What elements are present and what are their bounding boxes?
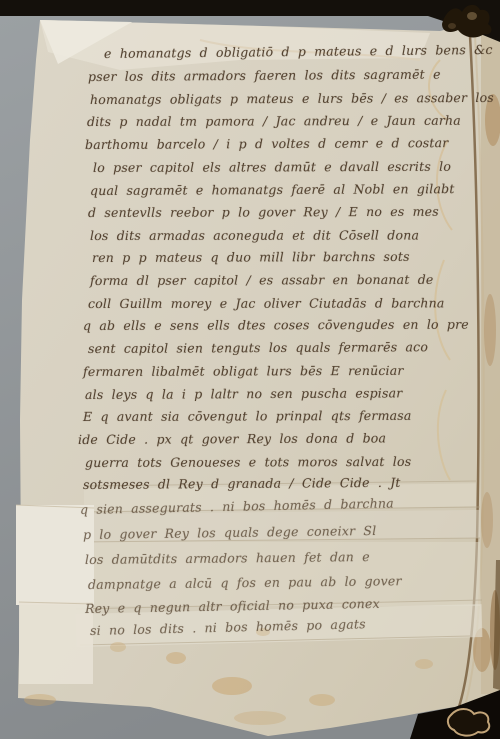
manuscript-line-14: sent capitol sien tenguts los quals ferm… (88, 339, 428, 356)
manuscript-line-10: ren p p mateus q duo mill libr barchns s… (92, 249, 410, 265)
manuscript-line-5: barthomu barcelo / i p d voltes d cemr e… (85, 135, 449, 152)
manuscript-line-16: als leys q la i p laltr no sen puscha es… (85, 385, 403, 402)
manuscript-text: e homanatgs d obligatiō d p mateus e d l… (0, 0, 500, 739)
manuscript-line-17: E q avant sia cōvengut lo prinpal qts fe… (83, 408, 412, 424)
manuscript-line-19: guerra tots Genoueses e tots moros salva… (85, 454, 411, 470)
manuscript-line-1: e homanatgs d obligatiō d p mateus e d l… (104, 42, 493, 61)
manuscript-line-25: Rey e q negun altr oficial no puxa conex (85, 596, 380, 616)
manuscript-line-22: p lo gover Rey los quals dege coneixr Sl (83, 523, 377, 542)
manuscript-line-12: coll Guillm morey e Jac oliver Ciutadās … (88, 295, 445, 311)
manuscript-line-15: fermaren libalmēt obligat lurs bēs E ren… (83, 363, 404, 379)
manuscript-line-3: homanatgs obligats p mateus e lurs bēs /… (90, 90, 494, 107)
manuscript-line-6: lo pser capitol els altres damūt e daval… (93, 159, 451, 175)
manuscript-line-26: si no los dits . ni bos homēs po agats (90, 616, 366, 638)
manuscript-line-23: los damūtdits armadors hauen fet dan e (85, 549, 370, 567)
manuscript-line-24: dampnatge a alcū q fos en pau ab lo gove… (88, 573, 402, 592)
manuscript-line-21: q sien assegurats . ni bos homēs d barch… (80, 495, 394, 517)
manuscript-line-11: forma dl pser capitol / es assabr en bon… (90, 272, 434, 288)
manuscript-line-2: pser los dits armadors faeren los dits s… (88, 67, 441, 84)
manuscript-line-18: ide Cide . px qt gover Rey los dona d bo… (78, 430, 386, 447)
manuscript-photo: e homanatgs d obligatiō d p mateus e d l… (0, 0, 500, 739)
manuscript-line-13: q ab ells e sens ells dtes coses cōvengu… (83, 317, 469, 333)
manuscript-line-9: los dits armadas aconeguda et dit Cōsell… (90, 227, 419, 243)
manuscript-line-4: dits p nadal tm pamora / Jac andreu / e … (87, 113, 461, 129)
manuscript-line-8: d sentevlls reebor p lo gover Rey / E no… (88, 204, 439, 220)
manuscript-line-20: sotsmeses dl Rey d granada / Cide Cide .… (83, 475, 401, 492)
manuscript-line-7: qual sagramēt e homanatgs faerē al Nobl … (90, 181, 455, 198)
